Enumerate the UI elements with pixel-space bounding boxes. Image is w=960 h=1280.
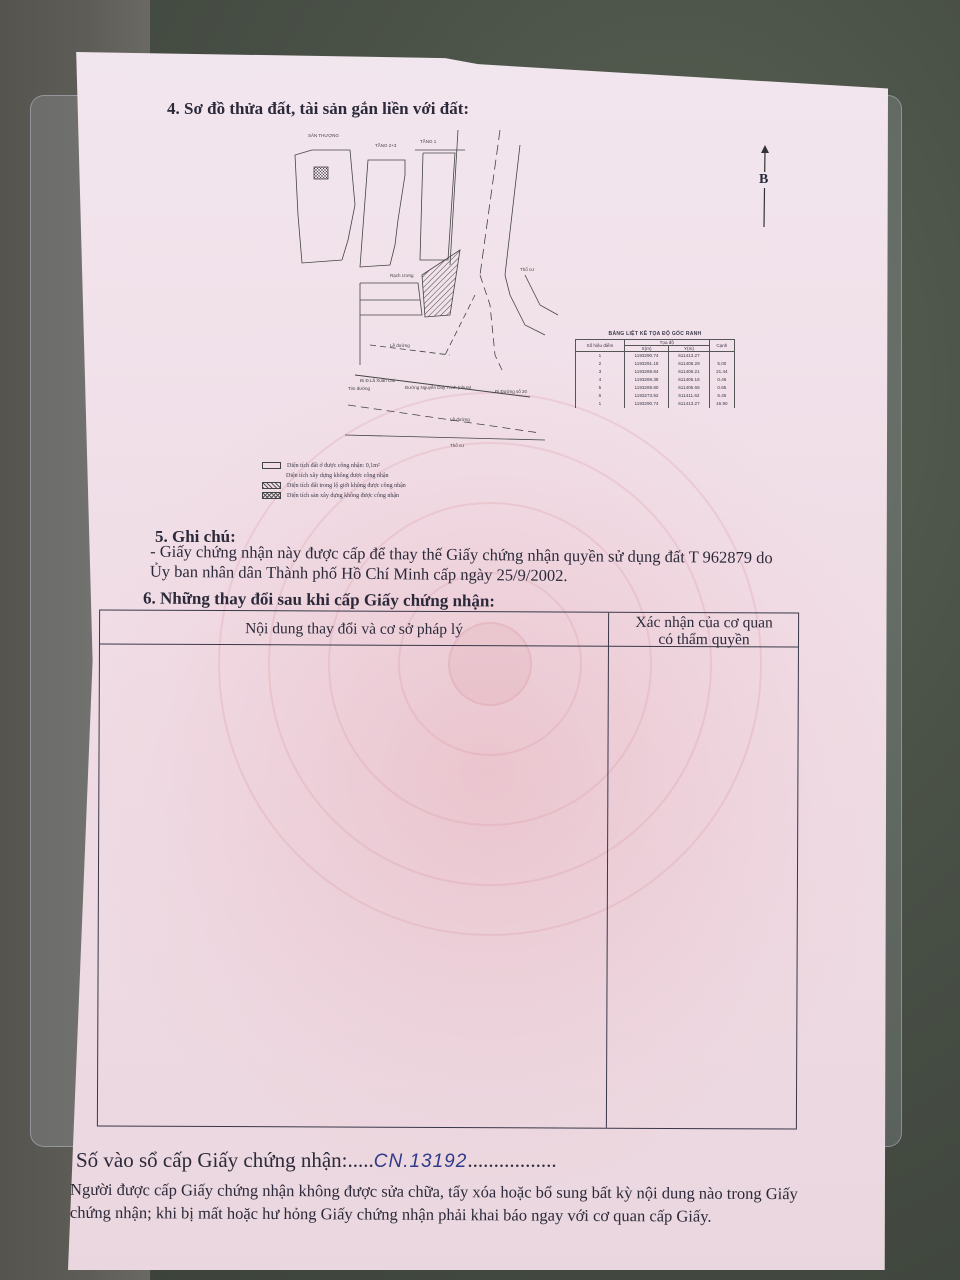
- cell-point: 3: [576, 368, 625, 376]
- cell-point: 2: [576, 360, 625, 368]
- svg-text:Lề đường: Lề đường: [450, 417, 470, 422]
- cell-x: 1193269.38: [624, 376, 668, 384]
- svg-text:Đường Nguyễn Duy Trinh (nhựa): Đường Nguyễn Duy Trinh (nhựa): [405, 384, 472, 390]
- legend-item: Diện tích đất ở được công nhận: 0,1m²: [262, 461, 406, 471]
- cell-y: 611411.62: [669, 392, 709, 400]
- col-header-confirmation: Xác nhận của cơ quan có thẩm quyền: [610, 614, 798, 649]
- changes-table: Nội dung thay đổi và cơ sở pháp lý Xác n…: [97, 609, 799, 1129]
- cell-edge: 5.00: [709, 360, 734, 368]
- col-header-changes: Nội dung thay đổi và cơ sở pháp lý: [100, 619, 608, 638]
- legend-item: Diện tích đất trong lộ giới không được c…: [262, 481, 406, 491]
- col-header-edge: Cạnh: [709, 340, 734, 352]
- section4-title: 4. Sơ đồ thửa đất, tài sản gắn liền với …: [167, 99, 469, 119]
- coordinate-row: 31193269.84611406.2121.44: [576, 368, 735, 376]
- svg-text:Thổ cư: Thổ cư: [520, 266, 534, 272]
- cell-point: 1: [576, 352, 625, 361]
- coordinate-row: 51193269.80611406.660.65: [576, 384, 735, 392]
- cell-y: 611413.27: [669, 352, 709, 361]
- coordinate-row: 61193273.92611411.626.45: [576, 392, 735, 400]
- svg-text:Đi Đường số 20: Đi Đường số 20: [495, 389, 527, 394]
- registry-line: Số vào sổ cấp Giấy chứng nhận:.....CN.13…: [76, 1148, 557, 1173]
- svg-text:Rạch Ương: Rạch Ương: [390, 273, 414, 278]
- cell-y: 611408.29: [669, 360, 709, 368]
- cell-edge: 21.44: [709, 368, 734, 376]
- coordinate-row: 41193269.38611406.160.46: [576, 376, 735, 384]
- cell-x: 1193290.74: [624, 352, 668, 361]
- cell-edge: 0.65: [709, 384, 734, 392]
- cell-point: 5: [576, 384, 625, 392]
- cell-y: 611413.27: [669, 400, 709, 408]
- coordinate-table: BẢNG LIỆT KÊ TỌA ĐỘ GÓC RANH Số hiệu điể…: [575, 331, 735, 408]
- cell-edge: [709, 352, 734, 361]
- coordinate-row: 21193291.18611408.295.00: [576, 360, 735, 368]
- svg-text:Đi Đ.Lã Xuân Oai: Đi Đ.Lã Xuân Oai: [360, 378, 395, 383]
- svg-text:Lề đường: Lề đường: [390, 343, 410, 348]
- cell-edge: 0.46: [709, 376, 734, 384]
- cell-y: 611406.21: [669, 368, 709, 376]
- cell-y: 611406.66: [669, 384, 709, 392]
- cell-x: 1193290.74: [624, 400, 668, 408]
- site-plan-diagram: SÂN THƯỢNG TẦNG 2+3 TẦNG 1 Rạch Ương Lề …: [280, 125, 580, 465]
- cell-x: 1193291.18: [624, 360, 668, 368]
- legend-item: Diện tích sàn xây dựng không được công n…: [262, 491, 406, 501]
- legend-swatch-hatch: [262, 482, 281, 489]
- svg-text:Tim đường: Tim đường: [348, 386, 371, 391]
- coordinate-row: 11193290.74611413.2716.90: [576, 400, 735, 408]
- plan-legend: Diện tích đất ở được công nhận: 0,1m² Di…: [262, 461, 406, 501]
- table-divider: [606, 613, 609, 1128]
- legend-item: Diện tích xây dựng không được công nhận: [262, 471, 406, 481]
- svg-text:TẦNG 2+3: TẦNG 2+3: [375, 142, 397, 148]
- svg-text:Thổ cư: Thổ cư: [450, 442, 464, 448]
- legend-swatch-cross: [262, 492, 281, 499]
- footer-note: Người được cấp Giấy chứng nhận không đượ…: [70, 1178, 805, 1228]
- cell-point: 1: [576, 400, 625, 408]
- cell-point: 4: [576, 376, 625, 384]
- cell-x: 1193273.92: [624, 392, 668, 400]
- section6-title: 6. Những thay đổi sau khi cấp Giấy chứng…: [143, 588, 495, 611]
- registry-label: Số vào sổ cấp Giấy chứng nhận:: [76, 1148, 348, 1172]
- svg-text:SÂN THƯỢNG: SÂN THƯỢNG: [308, 132, 339, 138]
- coordinate-table-title: BẢNG LIỆT KÊ TỌA ĐỘ GÓC RANH: [575, 331, 735, 337]
- cell-edge: 6.45: [709, 392, 734, 400]
- registry-number: CN.13192: [374, 1151, 468, 1172]
- cell-y: 611406.16: [669, 376, 709, 384]
- section5-note: - Giấy chứng nhận này được cấp để thay t…: [150, 542, 790, 589]
- legend-swatch-empty: [262, 462, 281, 469]
- cell-x: 1193269.80: [624, 384, 668, 392]
- north-label: B: [758, 172, 769, 188]
- col-header-point: Số hiệu điểm: [576, 340, 625, 352]
- cell-x: 1193269.84: [624, 368, 668, 376]
- cell-point: 6: [576, 392, 625, 400]
- coordinate-row: 11193290.74611413.27: [576, 352, 735, 361]
- cell-edge: 16.90: [709, 400, 734, 408]
- svg-text:TẦNG 1: TẦNG 1: [420, 138, 437, 144]
